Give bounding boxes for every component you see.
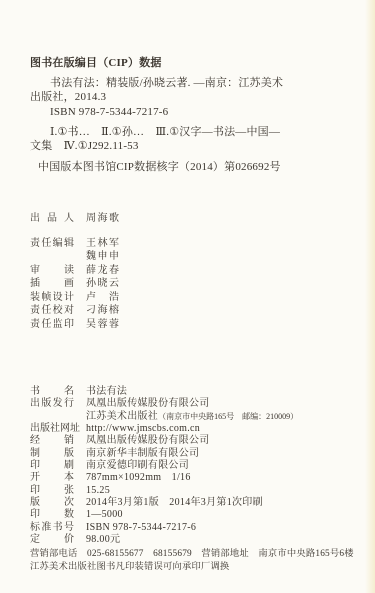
pub-row-sheets: 印张 15.25 (30, 481, 361, 493)
staff-label: 责任监印 (30, 315, 74, 330)
pub-row-publisher: 出版发行 凤凰出版传媒股份有限公司 (30, 394, 361, 406)
pub-row-isbn: 标准书号 ISBN 978-7-5344-7217-6 (30, 518, 361, 530)
cip-section: 图书在版编目（CIP）数据 书法有法：精装版/孙晓云著. —南京：江苏美术 出版… (30, 56, 337, 174)
pub-value: 2014年3月第1版 2014年3月第1次印刷 (86, 493, 263, 508)
cip-isbn-line: ISBN 978-7-5344-7217-6 (30, 105, 337, 119)
staff-row-editor: 责任编辑 王林军 (30, 234, 121, 248)
cip-classification-line1: Ⅰ.①书… Ⅱ.①孙… Ⅲ.①汉字—书法—中国— (30, 125, 337, 139)
footer-section: 营销部电话 025-68155677 68155679 营销部地址 南京市中央路… (30, 548, 361, 574)
pub-row-title: 书名 书法有法 (30, 382, 361, 394)
copyright-page: 图书在版编目（CIP）数据 书法有法：精装版/孙晓云著. —南京：江苏美术 出版… (0, 0, 375, 593)
staff-row-editor2: 魏申申 (30, 247, 121, 261)
pub-value: 江苏美术出版社（南京市中央路165号 邮编：210009） (86, 407, 298, 422)
staff-label: 出品人 (30, 209, 74, 224)
cip-description-line2: 出版社，2014.3 (30, 90, 337, 104)
pub-value: 1—5000 (86, 509, 123, 520)
publication-section: 书名 书法有法 出版发行 凤凰出版传媒股份有限公司 江苏美术出版社（南京市中央路… (30, 382, 361, 542)
cip-description-line1: 书法有法：精装版/孙晓云著. —南京：江苏美术 (30, 76, 337, 90)
pub-row-format: 开本 787mm×1092mm 1/16 (30, 468, 361, 480)
staff-value: 吴蓉蓉 (86, 315, 121, 330)
pub-label: 出版发行 (30, 394, 74, 409)
sales-contact-line: 营销部电话 025-68155677 68155679 营销部地址 南京市中央路… (30, 548, 361, 561)
cip-record-number: 中国版本图书馆CIP数据核字（2014）第026692号 (30, 160, 337, 174)
staff-row-producer: 出品人 周海歌 (30, 209, 121, 223)
publisher-address-note: （南京市中央路165号 邮编：210009） (158, 412, 298, 421)
staff-row-print-supervisor: 责任监印 吴蓉蓉 (30, 315, 121, 329)
pub-value: 787mm×1092mm 1/16 (86, 468, 191, 483)
pub-row-edition: 版次 2014年3月第1版 2014年3月第1次印刷 (30, 493, 361, 505)
cip-classification-line2: 文集 Ⅳ.①J292.11-53 (30, 139, 337, 153)
pub-row-plate-making: 制版 南京新华丰制版有限公司 (30, 444, 361, 456)
staff-section: 出品人 周海歌 责任编辑 王林军 魏申申 审读 薛龙春 插画 孙晓云 装帧设计 … (30, 209, 121, 328)
staff-label: 责任编辑 (30, 234, 74, 249)
staff-row-reviewer: 审读 薛龙春 (30, 261, 121, 275)
staff-row-proofreader: 责任校对 刁海榕 (30, 301, 121, 315)
pub-value: 98.00元 (86, 530, 120, 545)
publisher-name: 江苏美术出版社 (86, 411, 158, 422)
returns-notice-line: 江苏美术出版社图书凡印装错误可向承印厂调换 (30, 561, 361, 574)
pub-row-publisher-address: 江苏美术出版社（南京市中央路165号 邮编：210009） (30, 407, 361, 419)
staff-row-designer: 装帧设计 卢 浩 (30, 288, 121, 302)
staff-row-illustrator: 插画 孙晓云 (30, 274, 121, 288)
cip-heading: 图书在版编目（CIP）数据 (30, 56, 337, 70)
pub-label: 定价 (30, 530, 74, 545)
staff-value: 周海歌 (86, 209, 121, 224)
